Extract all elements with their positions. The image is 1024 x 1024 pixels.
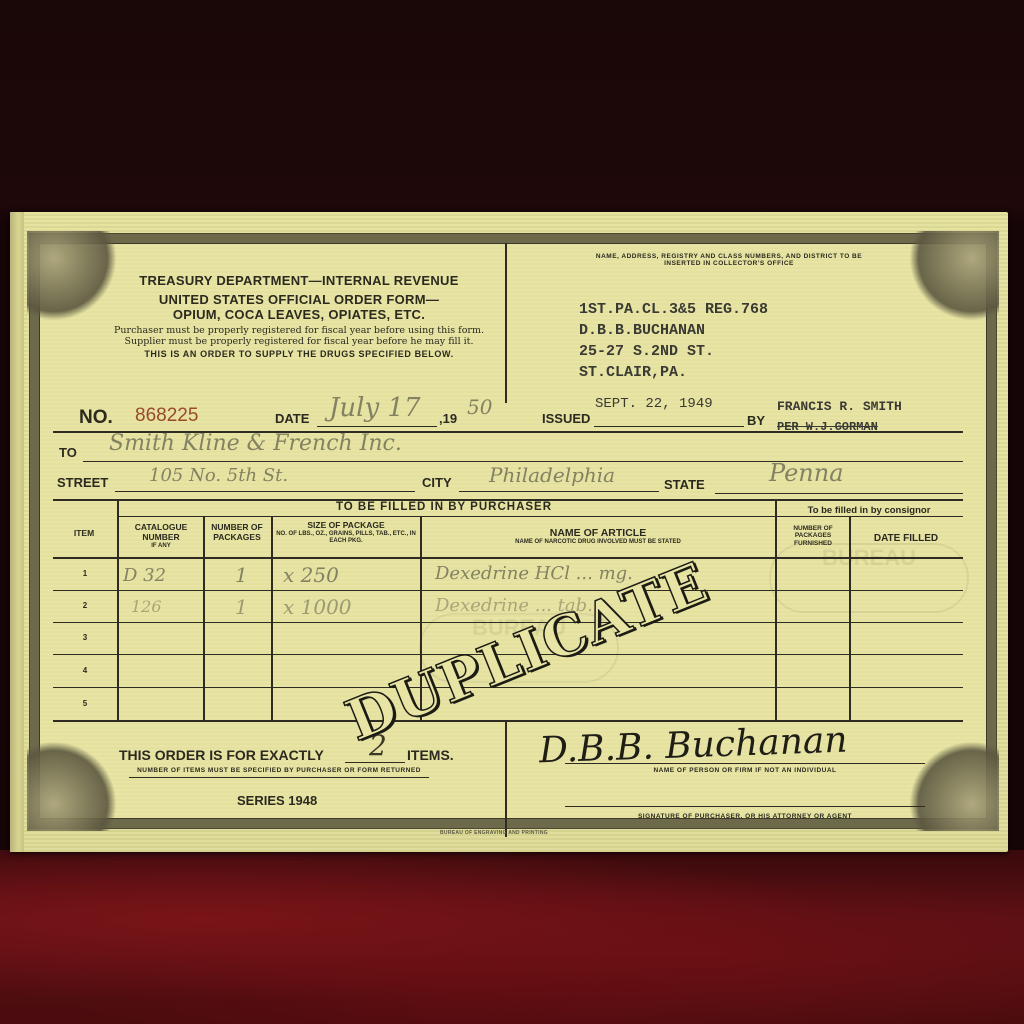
- date-label: DATE: [275, 411, 309, 426]
- consignor-section-label: To be filled in by consignor: [779, 505, 959, 516]
- engraved-border: BUREAU BUREAU TREASURY DEPARTMENT—INTERN…: [30, 234, 996, 828]
- exactly-suffix: ITEMS.: [407, 747, 454, 763]
- exactly-note: NUMBER OF ITEMS MUST BE SPECIFIED BY PUR…: [129, 767, 429, 774]
- issued-label: ISSUED: [542, 411, 590, 426]
- to-value: Smith Kline & French Inc.: [109, 431, 402, 456]
- year-prefix: ,19: [439, 411, 457, 426]
- registry-box: NAME, ADDRESS, REGISTRY AND CLASS NUMBER…: [519, 253, 939, 267]
- col-article: NAME OF ARTICLENAME OF NARCOTIC DRUG INV…: [423, 527, 773, 546]
- col-date-filled: DATE FILLED: [851, 533, 961, 545]
- registry-line: D.B.B.BUCHANAN: [579, 320, 768, 341]
- watermark-seal: BUREAU: [769, 543, 969, 613]
- registry-caption-2: INSERTED IN COLLECTOR'S OFFICE: [519, 260, 939, 267]
- issued-by-label: BY: [747, 413, 765, 428]
- col-catalogue: CATALOGUE NUMBERIF ANY: [121, 523, 201, 549]
- header-line-1: TREASURY DEPARTMENT—INTERNAL REVENUE: [99, 273, 499, 288]
- divider: [505, 243, 507, 403]
- state-value: Penna: [769, 459, 844, 487]
- city-value: Philadelphia: [489, 463, 615, 487]
- year-value: 50: [467, 395, 492, 419]
- row-item-number: 1: [75, 569, 95, 578]
- registry-line: ST.CLAIR,PA.: [579, 362, 768, 383]
- issued-by-value: FRANCIS R. SMITH: [777, 399, 902, 414]
- issued-value: SEPT. 22, 1949: [595, 396, 713, 412]
- name-caption: NAME OF PERSON OR FIRM IF NOT AN INDIVID…: [565, 767, 925, 774]
- state-label: STATE: [664, 477, 705, 492]
- date-value: July 17: [329, 393, 421, 423]
- street-label: STREET: [57, 475, 108, 490]
- col-size: SIZE OF PACKAGENO. OF LBS., OZ., GRAINS,…: [273, 521, 419, 545]
- exactly-prefix: THIS ORDER IS FOR EXACTLY: [119, 747, 324, 763]
- row-size: x 250: [283, 563, 339, 587]
- order-form-page: BUREAU BUREAU TREASURY DEPARTMENT—INTERN…: [10, 212, 1008, 852]
- street-value: 105 No. 5th St.: [149, 465, 288, 486]
- purchaser-section-label: TO BE FILLED IN BY PURCHASER: [119, 501, 769, 513]
- row-item-number: 4: [75, 666, 95, 675]
- row-article: Dexedrine HCl ... mg.: [435, 563, 633, 584]
- row-item-number: 5: [75, 699, 95, 708]
- row-packages: 1: [235, 595, 248, 619]
- row-catalogue: 126: [131, 597, 162, 616]
- row-catalogue: D 32: [123, 565, 166, 586]
- header-note-3: THIS IS AN ORDER TO SUPPLY THE DRUGS SPE…: [99, 349, 499, 359]
- registry-line: 25-27 S.2ND ST.: [579, 341, 768, 362]
- series-label: SERIES 1948: [237, 793, 317, 808]
- col-item: ITEM: [59, 529, 109, 539]
- form-header: TREASURY DEPARTMENT—INTERNAL REVENUE UNI…: [99, 273, 499, 359]
- order-number-label: NO.: [79, 407, 113, 429]
- col-furnished: NUMBER OF PACKAGES FURNISHED: [777, 525, 849, 547]
- row-item-number: 2: [75, 601, 95, 610]
- printer-credit: BUREAU OF ENGRAVING AND PRINTING: [440, 830, 548, 836]
- order-number-value: 868225: [135, 405, 198, 427]
- col-packages: NUMBER OF PACKAGES: [205, 523, 269, 543]
- book-spine: [10, 212, 24, 852]
- row-size: x 1000: [283, 595, 352, 619]
- row-packages: 1: [235, 563, 248, 587]
- row-item-number: 3: [75, 633, 95, 642]
- header-line-2: UNITED STATES OFFICIAL ORDER FORM—: [99, 292, 499, 307]
- header-note-1: Purchaser must be properly registered fo…: [99, 325, 499, 336]
- registry-caption-1: NAME, ADDRESS, REGISTRY AND CLASS NUMBER…: [519, 253, 939, 260]
- header-line-3: OPIUM, COCA LEAVES, OPIATES, ETC.: [99, 307, 499, 322]
- to-label: TO: [59, 445, 77, 460]
- city-label: CITY: [422, 475, 452, 490]
- signature-caption: SIGNATURE OF PURCHASER, OR HIS ATTORNEY …: [565, 813, 925, 820]
- registry-line: 1ST.PA.CL.3&5 REG.768: [579, 299, 768, 320]
- velvet-background: [0, 850, 1024, 1024]
- header-note-2: Supplier must be properly registered for…: [99, 336, 499, 347]
- registry-typed: 1ST.PA.CL.3&5 REG.768 D.B.B.BUCHANAN 25-…: [579, 299, 768, 383]
